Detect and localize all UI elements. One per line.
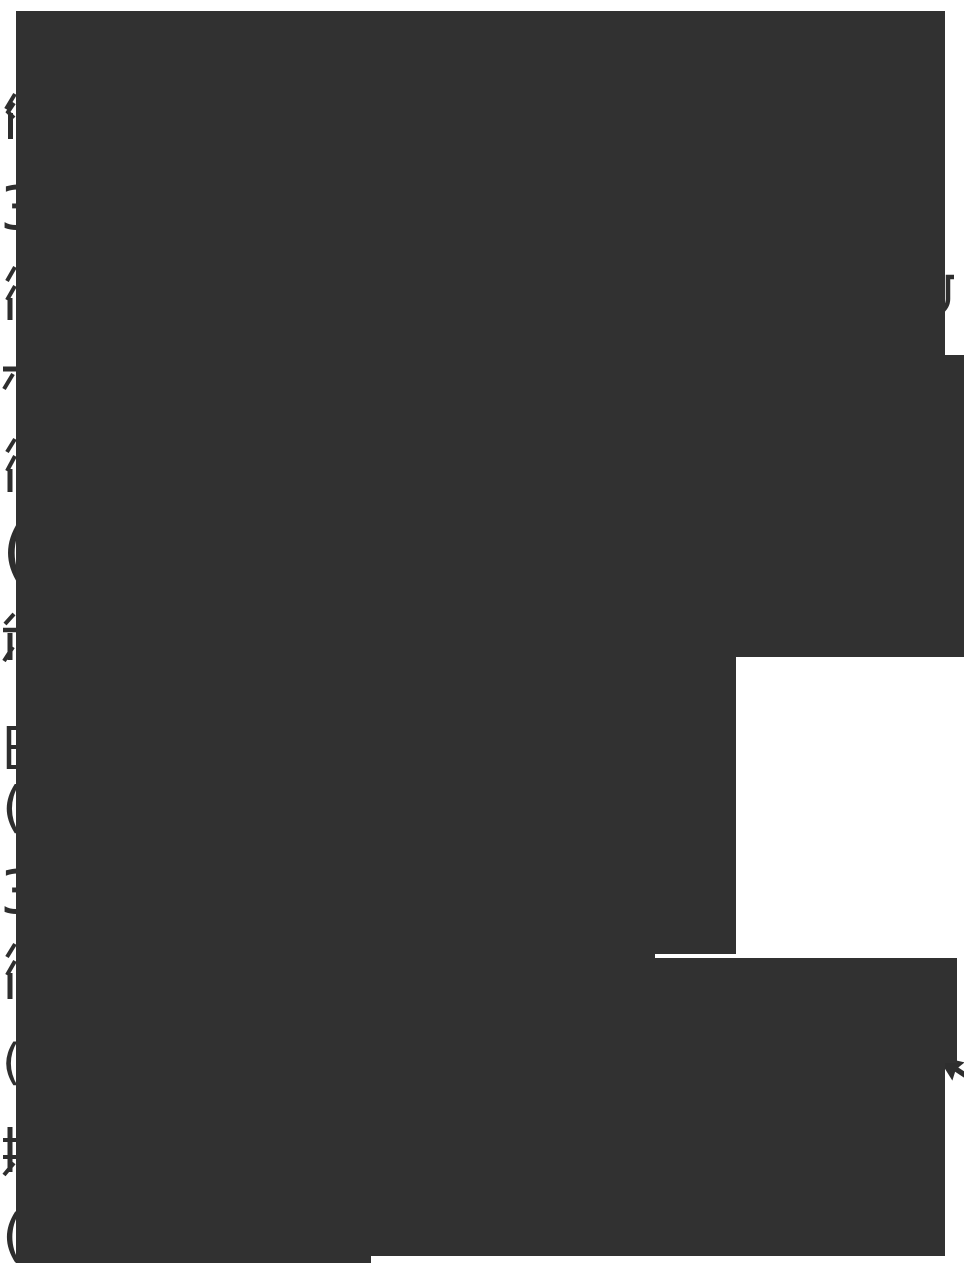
occlusion-mask-top [16,11,945,355]
occlusion-mask-left-column [16,657,736,954]
cjk-fragment-de2 [7,944,15,999]
cjk-fragment-de [7,439,15,492]
cjk-fragment-fu [7,267,15,320]
cjk-fragment-mu [3,369,16,389]
cjk-fragment-he [3,614,16,661]
occlusion-mask-bottom-left [16,1256,371,1263]
cjk-fragment-da [3,1127,16,1175]
document-page: 3 ( ( 3 ( ( [0,0,964,1283]
occlusion-mask-lower [16,1063,945,1256]
cjk-fragment-ri [9,726,16,769]
cjk-fragment-jian [6,94,15,139]
occlusion-mask-middle-wide [16,355,964,657]
occlusion-mask-lower-upper [16,958,957,1063]
